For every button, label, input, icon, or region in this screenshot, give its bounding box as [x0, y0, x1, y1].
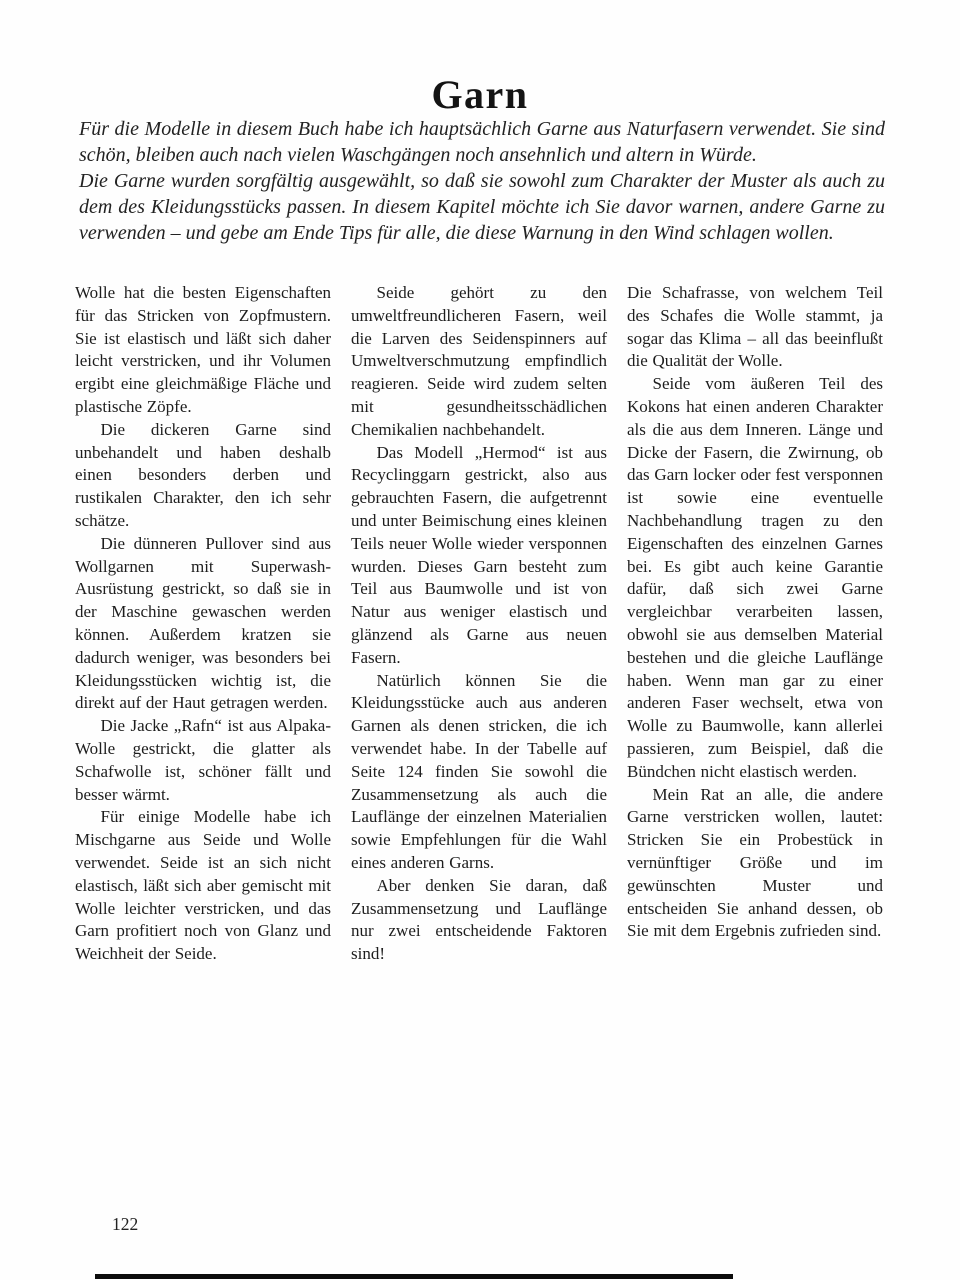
body-paragraph: Die dünneren Pullover sind aus Wollgarne… — [75, 533, 331, 715]
body-paragraph: Natürlich können Sie die Kleidungsstücke… — [351, 670, 607, 875]
page-title: Garn — [0, 71, 960, 118]
column-3: Die Schafrasse, von welchem Teil des Sch… — [627, 282, 883, 966]
body-paragraph: Seide gehört zu den umweltfreundlicheren… — [351, 282, 607, 442]
body-paragraph: Die dickeren Garne sind unbehandelt und … — [75, 419, 331, 533]
body-paragraph: Wolle hat die besten Eigenschaften für d… — [75, 282, 331, 419]
intro-lead: Für die Modelle in diesem Buch habe ich … — [79, 116, 885, 246]
intro-paragraph: Die Garne wurden sorgfältig ausgewählt, … — [79, 168, 885, 246]
body-paragraph: Seide vom äußeren Teil des Kokons hat ei… — [627, 373, 883, 783]
body-paragraph: Die Jacke „Rafn“ ist aus Alpaka-Wolle ge… — [75, 715, 331, 806]
body-paragraph: Mein Rat an alle, die andere Garne verst… — [627, 784, 883, 944]
body-paragraph: Aber denken Sie daran, daß Zusammensetzu… — [351, 875, 607, 966]
intro-paragraph: Für die Modelle in diesem Buch habe ich … — [79, 116, 885, 168]
text-columns: Wolle hat die besten Eigenschaften für d… — [75, 282, 883, 966]
column-1: Wolle hat die besten Eigenschaften für d… — [75, 282, 331, 966]
column-2: Seide gehört zu den umweltfreundlicheren… — [351, 282, 607, 966]
body-paragraph: Die Schafrasse, von welchem Teil des Sch… — [627, 282, 883, 373]
page-number: 122 — [112, 1214, 138, 1235]
scan-artifact-bar — [95, 1274, 733, 1279]
body-paragraph: Für einige Modelle habe ich Mischgarne a… — [75, 806, 331, 966]
book-page: Garn Für die Modelle in diesem Buch habe… — [0, 0, 960, 1280]
body-paragraph: Das Modell „Hermod“ ist aus Recyclinggar… — [351, 442, 607, 670]
